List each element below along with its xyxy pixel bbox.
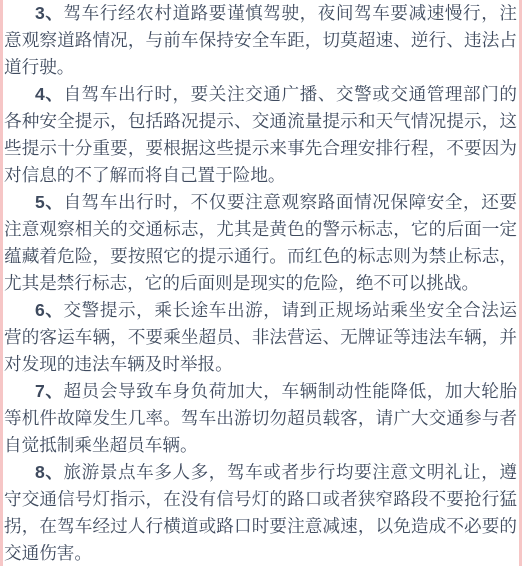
paragraph-5-number: 5、 (35, 192, 64, 212)
paragraph-5: 5、自驾车出行时，不仅要注意观察路面情况保障安全，还要注意观察相关的交通标志，尤… (4, 189, 517, 297)
paragraph-8-text: 旅游景点车多人多，驾车或者步行均要注意文明礼让，遵守交通信号灯指示，在没有信号灯… (4, 462, 517, 563)
paragraph-4-text: 自驾车出行时，要关注交通广播、交警或交通管理部门的各种安全提示，包括路况提示、交… (4, 84, 517, 185)
paragraph-4-number: 4、 (35, 84, 64, 104)
paragraph-7: 7、超员会导致车身负荷加大，车辆制动性能降低，加大轮胎等机件故障发生几率。驾车出… (4, 378, 517, 459)
article-body: 3、驾车行经农村道路要谨慎驾驶，夜间驾车要减速慢行，注意观察道路情况，与前车保持… (4, 0, 517, 566)
paragraph-7-text: 超员会导致车身负荷加大，车辆制动性能降低，加大轮胎等机件故障发生几率。驾车出游切… (4, 381, 517, 455)
paragraph-4: 4、自驾车出行时，要关注交通广播、交警或交通管理部门的各种安全提示，包括路况提示… (4, 81, 517, 189)
paragraph-3-text: 驾车行经农村道路要谨慎驾驶，夜间驾车要减速慢行，注意观察道路情况，与前车保持安全… (4, 3, 517, 77)
paragraph-6-number: 6、 (35, 300, 64, 320)
paragraph-8-number: 8、 (35, 462, 64, 482)
paragraph-5-text: 自驾车出行时，不仅要注意观察路面情况保障安全，还要注意观察相关的交通标志，尤其是… (4, 192, 517, 293)
paragraph-8: 8、旅游景点车多人多，驾车或者步行均要注意文明礼让，遵守交通信号灯指示，在没有信… (4, 459, 517, 566)
paragraph-7-number: 7、 (35, 381, 64, 401)
paragraph-3: 3、驾车行经农村道路要谨慎驾驶，夜间驾车要减速慢行，注意观察道路情况，与前车保持… (4, 0, 517, 81)
paragraph-6-text: 交警提示，乘长途车出游，请到正规场站乘坐安全合法运营的客运车辆，不要乘坐超员、非… (4, 300, 517, 374)
paragraph-3-number: 3、 (35, 3, 64, 23)
paragraph-6: 6、交警提示，乘长途车出游，请到正规场站乘坐安全合法运营的客运车辆，不要乘坐超员… (4, 297, 517, 378)
article-content: 3、驾车行经农村道路要谨慎驾驶，夜间驾车要减速慢行，注意观察道路情况，与前车保持… (3, 0, 519, 566)
page: 3、驾车行经农村道路要谨慎驾驶，夜间驾车要减速慢行，注意观察道路情况，与前车保持… (0, 0, 522, 566)
